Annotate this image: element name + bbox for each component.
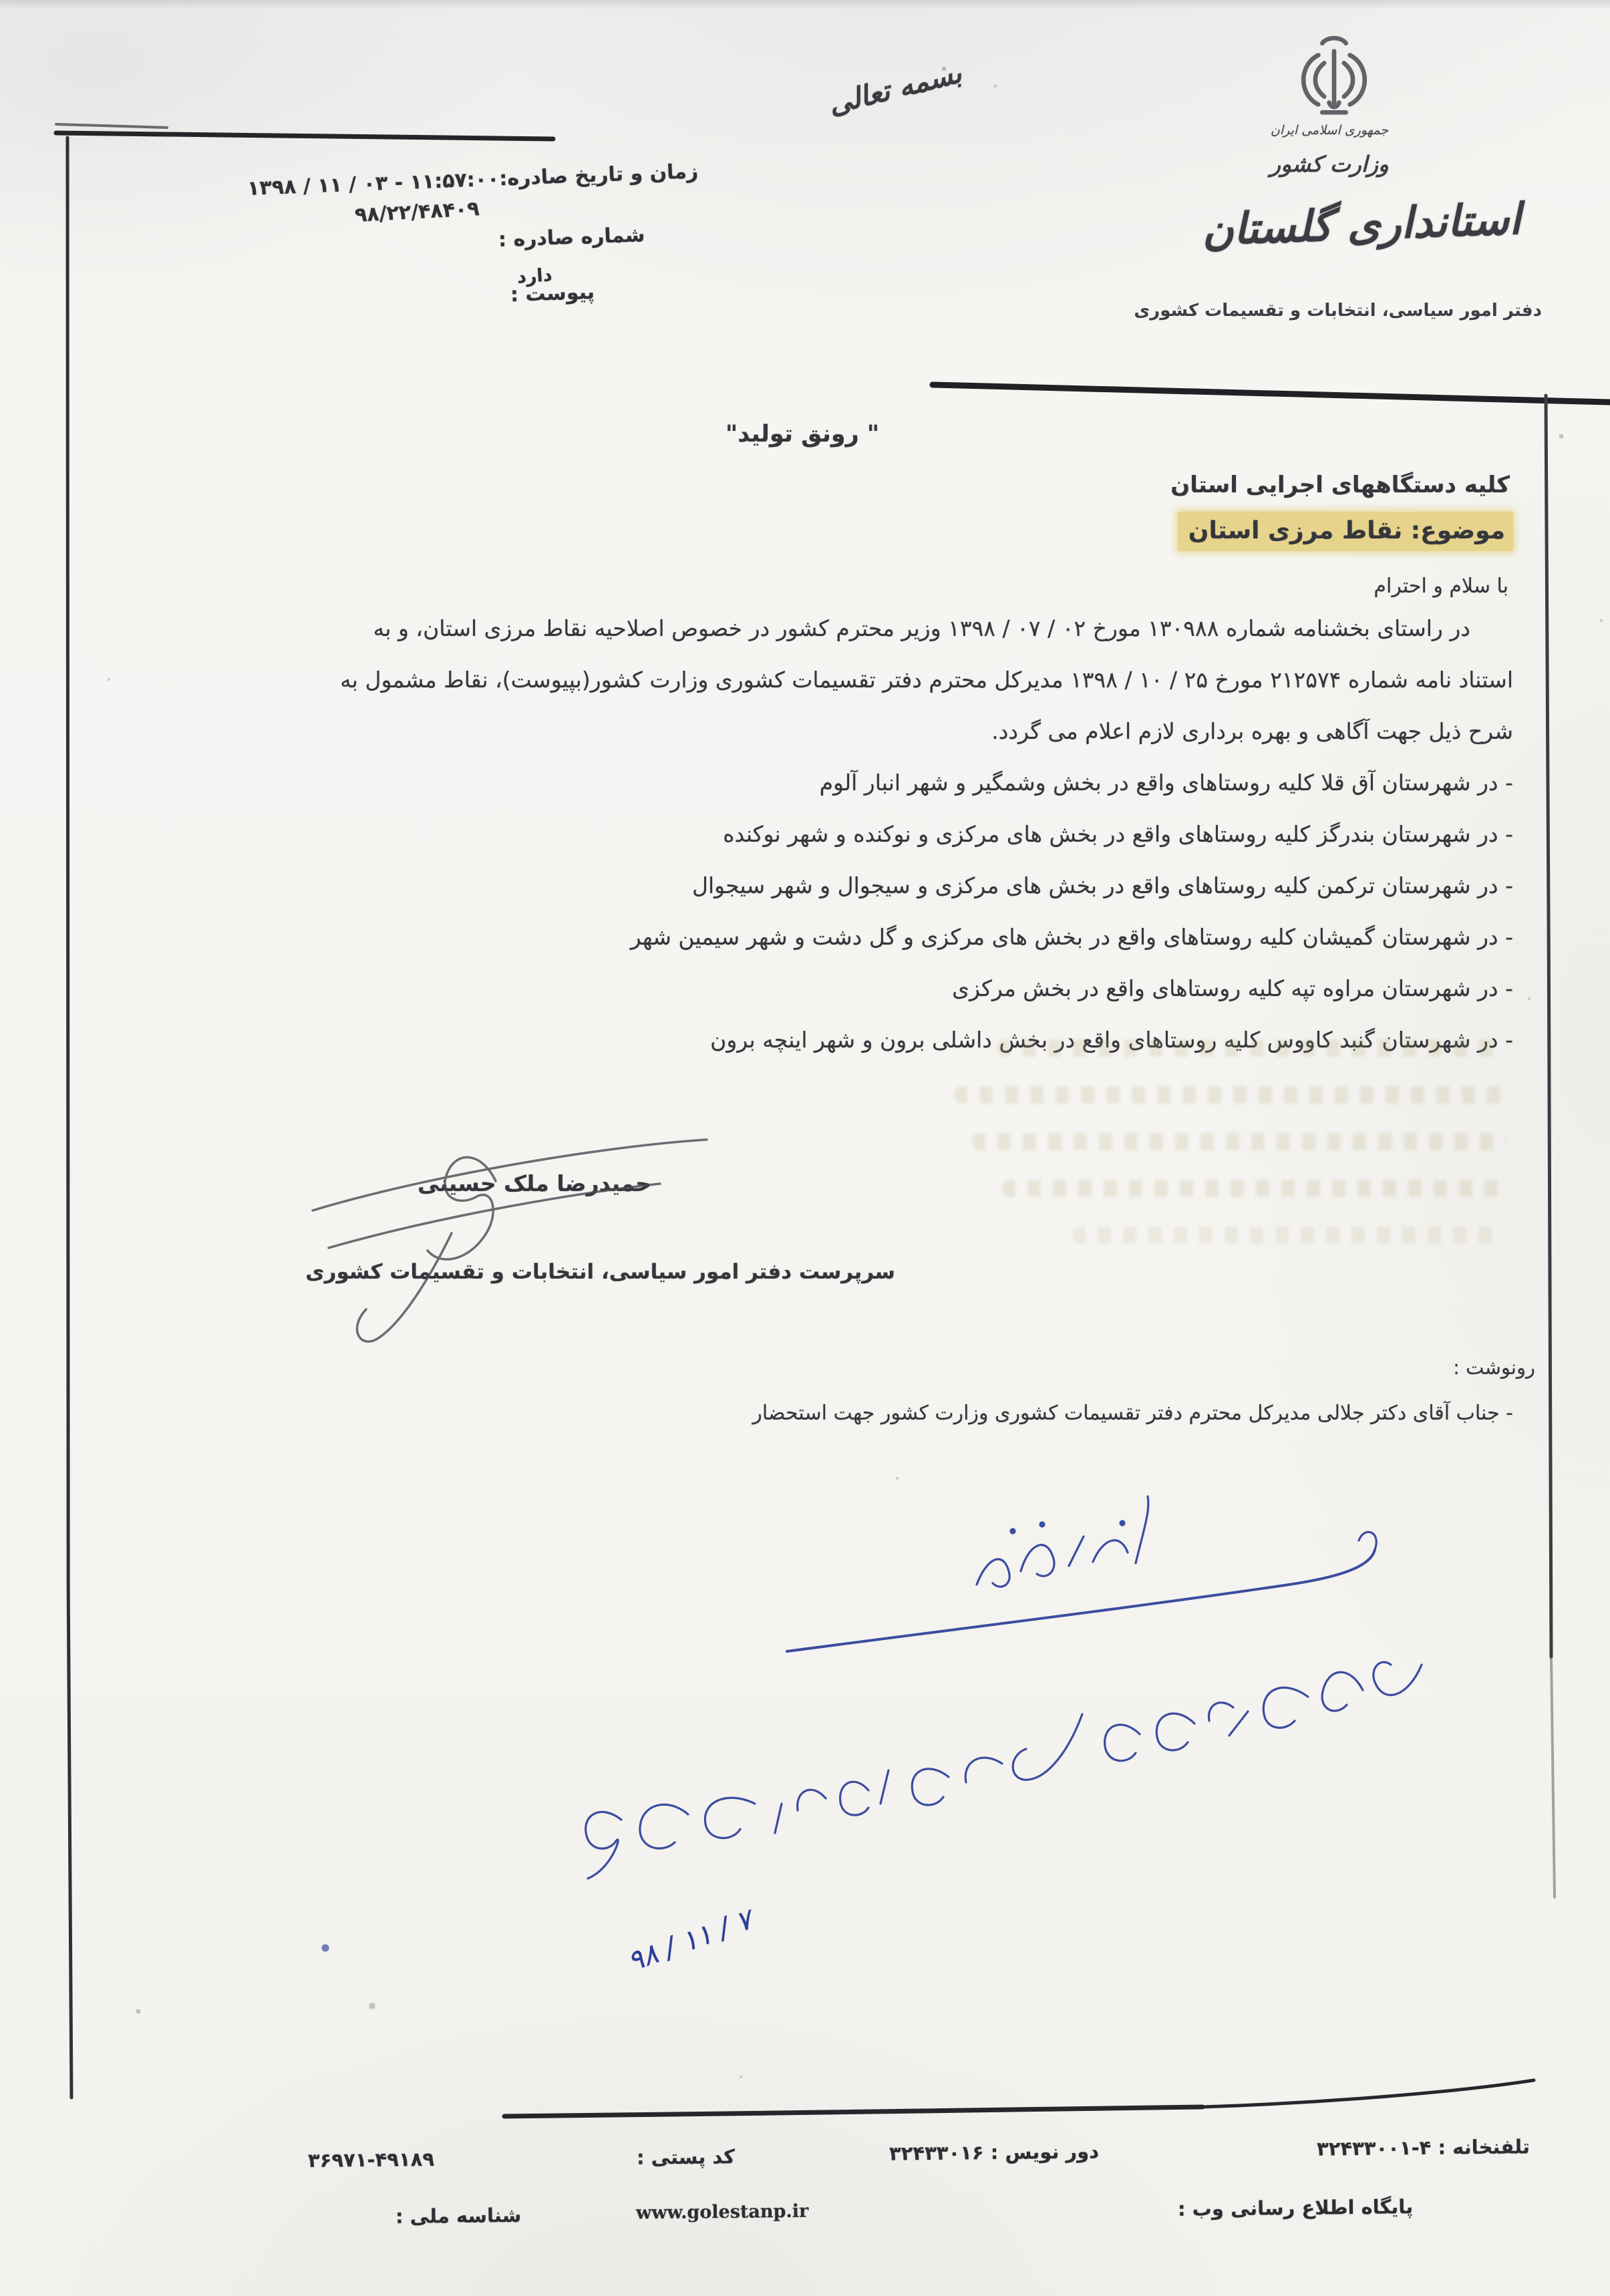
stamp-attachment-value: دارد (516, 265, 553, 288)
footer-fax-value: ۳۲۴۳۳۰۱۶ (889, 2141, 984, 2164)
scan-speckles (0, 0, 1, 1)
stamp-datetime-value: ۱۱:۵۷:۰۰ - ۰۳ / ۱۱ / ۱۳۹۸ (247, 167, 499, 200)
slogan: " رونق تولید" (726, 421, 879, 448)
footer-web-value: www.golestanp.ir (636, 2201, 809, 2224)
signature-name: حمیدرضا ملک حسینی (391, 1170, 678, 1196)
list-item: - در شهرستان ترکمن کلیه روستاهای واقع در… (96, 860, 1513, 911)
stamp-datetime: زمان و تاریخ صادره:۱۱:۵۷:۰۰ - ۰۳ / ۱۱ / … (247, 160, 698, 200)
besmeh-handwriting: بسمه تعالی (825, 56, 965, 121)
salutation: با سلام و احترام (1374, 575, 1508, 598)
footer-fax-label: دور نویس : (990, 2140, 1099, 2164)
scanned-letter-page: بسمه تعالی جمهوری اسلامی ایران وزارت کشو… (0, 0, 1610, 2296)
bleedthrough-row (1002, 1180, 1503, 1197)
bleedthrough-row (1072, 1226, 1500, 1244)
subject-highlight: موضوع: نقاط مرزی استان (1178, 512, 1513, 551)
bleedthrough-row (954, 1086, 1508, 1104)
body-line: استناد نامه شماره ۲۱۲۵۷۴ مورخ ۲۵ / ۱۰ / … (96, 654, 1513, 705)
stamp-number-label: شماره صادره : (498, 223, 645, 252)
cc-label: رونوشت : (1453, 1356, 1535, 1379)
signature-title: سرپرست دفتر امور سیاسی، انتخابات و تقسیم… (314, 1260, 895, 1284)
footer-postal-label: کد پستی : (637, 2145, 735, 2169)
subject-line: موضوع: نقاط مرزی استان (1178, 512, 1513, 551)
bleedthrough-row (972, 1133, 1506, 1150)
body-line: در راستای بخشنامه شماره ۱۳۰۹۸۸ مورخ ۰۲ /… (96, 603, 1513, 654)
list-item: - در شهرستان گمیشان کلیه روستاهای واقع د… (96, 911, 1513, 963)
footer-phone-value: ۴-۳۲۴۳۳۰۰۱ (1317, 2136, 1432, 2160)
letterhead-ministry: وزارت کشور (1241, 151, 1418, 177)
footer-postal-value: ۳۶۹۷۱-۴۹۱۸۹ (308, 2148, 434, 2172)
list-item: - در شهرستان مراوه تپه کلیه روستاهای واق… (96, 963, 1513, 1014)
footer-phone: تلفنخانه : ۴-۳۲۴۳۳۰۰۱ (1317, 2135, 1530, 2160)
list-item: - در شهرستان آق قلا کلیه روستاهای واقع د… (96, 757, 1513, 808)
footer-web-label: پایگاه اطلاع رسانی وب : (1178, 2195, 1413, 2221)
footer-fax: دور نویس : ۳۲۴۳۳۰۱۶ (889, 2140, 1099, 2164)
letterhead-country: جمهوری اسلامی ایران (1255, 123, 1404, 138)
letterhead-org: استانداری گلستان (1180, 194, 1543, 257)
footer-national-id-label: شناسه ملی : (395, 2204, 522, 2228)
body-paragraph: در راستای بخشنامه شماره ۱۳۰۹۸۸ مورخ ۰۲ /… (96, 603, 1513, 1065)
list-item: - در شهرستان بندرگز کلیه روستاهای واقع د… (96, 808, 1513, 860)
bleedthrough-row (997, 1039, 1504, 1057)
recipient-line: کلیه دستگاههای اجرایی استان (1170, 472, 1510, 498)
stamp-number-value: ۹۸/۲۲/۴۸۴۰۹ (354, 197, 480, 227)
body-line: شرح ذیل جهت آگاهی و بهره برداری لازم اعل… (96, 705, 1513, 757)
handwritten-date: ۷ / ۱۱ / ۹۸ (623, 1903, 756, 1978)
footer-phone-label: تلفنخانه : (1438, 2135, 1530, 2158)
cc-item: - جناب آقای دکتر جلالی مدیرکل محترم دفتر… (752, 1402, 1513, 1425)
letterhead-office: دفتر امور سیاسی، انتخابات و تقسیمات کشور… (1157, 301, 1542, 321)
stamp-datetime-label: زمان و تاریخ صادره: (498, 160, 698, 190)
iran-emblem-icon (1284, 33, 1384, 124)
handwritten-note (323, 1496, 1422, 1951)
